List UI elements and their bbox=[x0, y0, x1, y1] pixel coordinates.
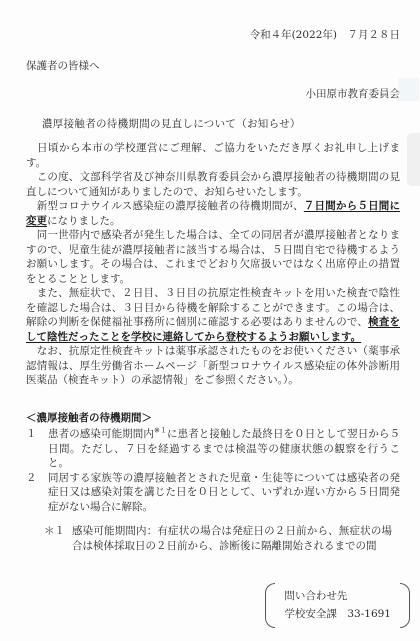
list-item-2-text: 同居する家族等の濃厚接触者とされた児童・生徒等については感染者の発症日又は感染対… bbox=[48, 471, 400, 515]
footnote: ＊１ 感染可能期間内：有症状の場合は発症日の２日前から、無症状の場合は検体採取日… bbox=[44, 524, 400, 553]
list-item-2-text-pre: 同居する家族等の濃厚接触者とされた児童・生徒等については感染者の発症日又は感染対… bbox=[48, 472, 400, 513]
list-item-1-number: １ bbox=[26, 427, 48, 471]
test-release-pre: また、無症状で、２日目、３日目の抗原定性検査キットを用いた検査で陰性を確認した場… bbox=[26, 287, 400, 328]
waiting-period-list: １ 患者の感染可能期間内※１に患者と接触した最終日を０日として翌日から５日間。た… bbox=[26, 427, 400, 514]
viewer-overlay-widget bbox=[407, 133, 420, 186]
paragraph-notice: この度、文部科学省及び神奈川県教育委員会から濃厚接触者の待機期間の見直しについて… bbox=[26, 170, 400, 199]
scan-watermark bbox=[398, 78, 419, 101]
paragraph-household: 同一世帯内で感染者が発生した場合は、全ての同居者が濃厚接触者となりますので、児童… bbox=[26, 228, 400, 286]
footnote-reference-icon: ※１ bbox=[154, 427, 167, 435]
right-parenthesis-bracket bbox=[400, 583, 410, 628]
period-change-pre: 新型コロナウイルス感染症の濃厚接触者の待機期間が、 bbox=[26, 200, 304, 212]
contact-box: 問い合わせ先 学校安全課 33-1691 bbox=[265, 583, 410, 628]
paragraph-greeting: 日頃から本市の学校運営にご理解、ご協力をいただき厚くお礼申し上げます。 bbox=[26, 141, 400, 170]
list-item-1-text: 患者の感染可能期間内※１に患者と接触した最終日を０日として翌日から５日間。ただし… bbox=[48, 427, 400, 471]
period-change-post: になりました。 bbox=[47, 215, 121, 227]
list-item-1: １ 患者の感染可能期間内※１に患者と接触した最終日を０日として翌日から５日間。た… bbox=[26, 427, 400, 471]
contact-label: 問い合わせ先 bbox=[284, 588, 391, 606]
document-page: 令和４年(2022年) ７月２８日 保護者の皆様へ 小田原市教育委員会 濃厚接触… bbox=[0, 0, 420, 641]
contact-department-phone: 学校安全課 33-1691 bbox=[284, 606, 391, 624]
paragraph-test-kit: なお、抗原定性検査キットは薬事承認されたものをお使いください（薬事承認情報は、厚… bbox=[26, 344, 400, 388]
footnote-marker: ＊１ bbox=[44, 524, 72, 553]
list-item-1-text-pre: 患者の感染可能期間内 bbox=[48, 428, 154, 440]
recipient-line: 保護者の皆様へ bbox=[26, 59, 400, 74]
sender-line: 小田原市教育委員会 bbox=[26, 87, 400, 102]
left-parenthesis-bracket bbox=[265, 583, 275, 628]
paragraph-test-release: また、無症状で、２日目、３日目の抗原定性検査キットを用いた検査で陰性を確認した場… bbox=[26, 286, 400, 344]
list-item-2: ２ 同居する家族等の濃厚接触者とされた児童・生徒等については感染者の発症日又は感… bbox=[26, 471, 400, 515]
footnote-text: 感染可能期間内：有症状の場合は発症日の２日前から、無症状の場合は検体採取日の２日… bbox=[72, 524, 400, 553]
waiting-period-heading: ＜濃厚接触者の待機期間＞ bbox=[26, 411, 400, 426]
contact-lines: 問い合わせ先 学校安全課 33-1691 bbox=[275, 583, 400, 628]
document-title: 濃厚接触者の待機期間の見直しについて（お知らせ） bbox=[42, 117, 400, 132]
paragraph-period-change: 新型コロナウイルス感染症の濃厚接触者の待機期間が、７日間から５日間に変更になりま… bbox=[26, 199, 400, 228]
document-date: 令和４年(2022年) ７月２８日 bbox=[26, 28, 400, 43]
list-item-2-number: ２ bbox=[26, 471, 48, 515]
